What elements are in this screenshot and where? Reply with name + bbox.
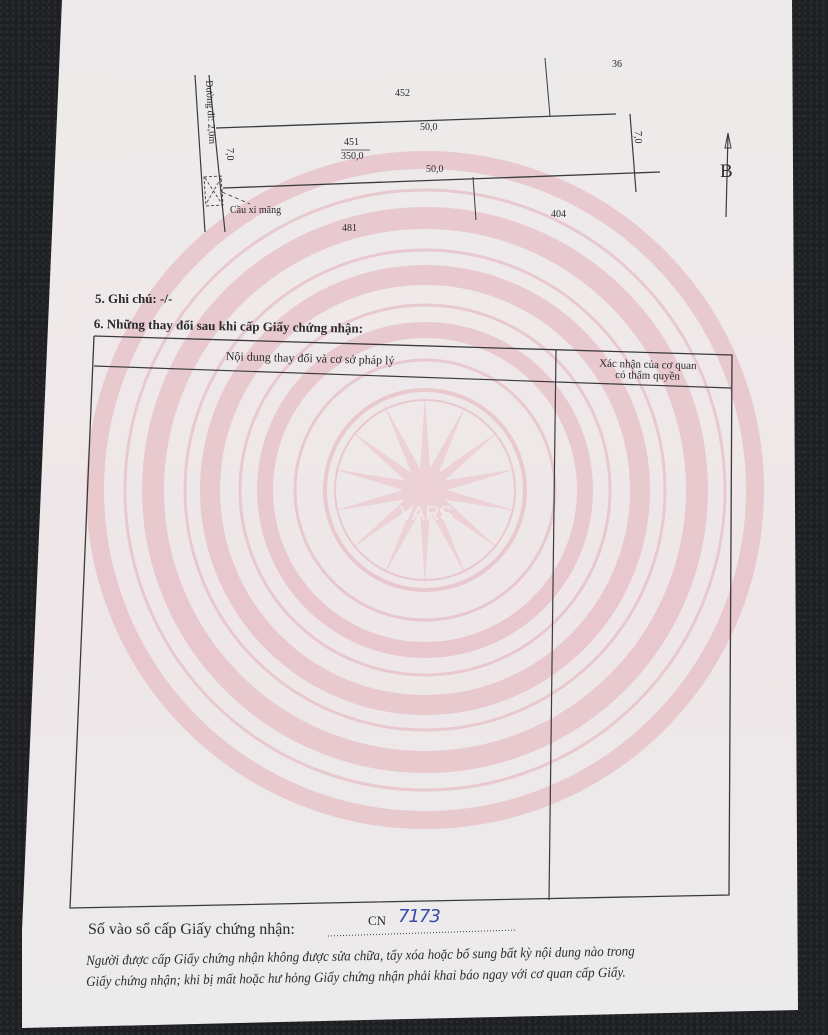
registration-number: 7173 [398,906,440,927]
registration-prefix: CN [368,913,386,929]
top-edge-length: 50,0 [420,122,438,133]
neighbor-parcel-36: 36 [612,59,622,70]
neighbor-parcel-404: 404 [551,209,566,220]
neighbor-parcel-481: 481 [342,223,357,234]
parcel-sketch [0,0,828,1035]
bottom-edge-length: 50,0 [426,164,444,175]
bridge-label: Cầu xi măng [230,205,281,216]
registration-label: Số vào sổ cấp Giấy chứng nhận: [88,921,295,939]
left-edge-length: 7,0 [224,148,235,161]
north-arrow-label: B [720,161,733,183]
neighbor-parcel-452: 452 [395,88,410,99]
table-header-authority-confirmation: Xác nhận của cơ quan có thẩm quyền [577,358,718,384]
right-edge-length: 7,0 [632,131,643,144]
parcel-area: 350,0 [341,151,364,162]
parcel-number: 451 [344,137,359,148]
notes-section-title: 5. Ghi chú: -/- [95,291,172,307]
